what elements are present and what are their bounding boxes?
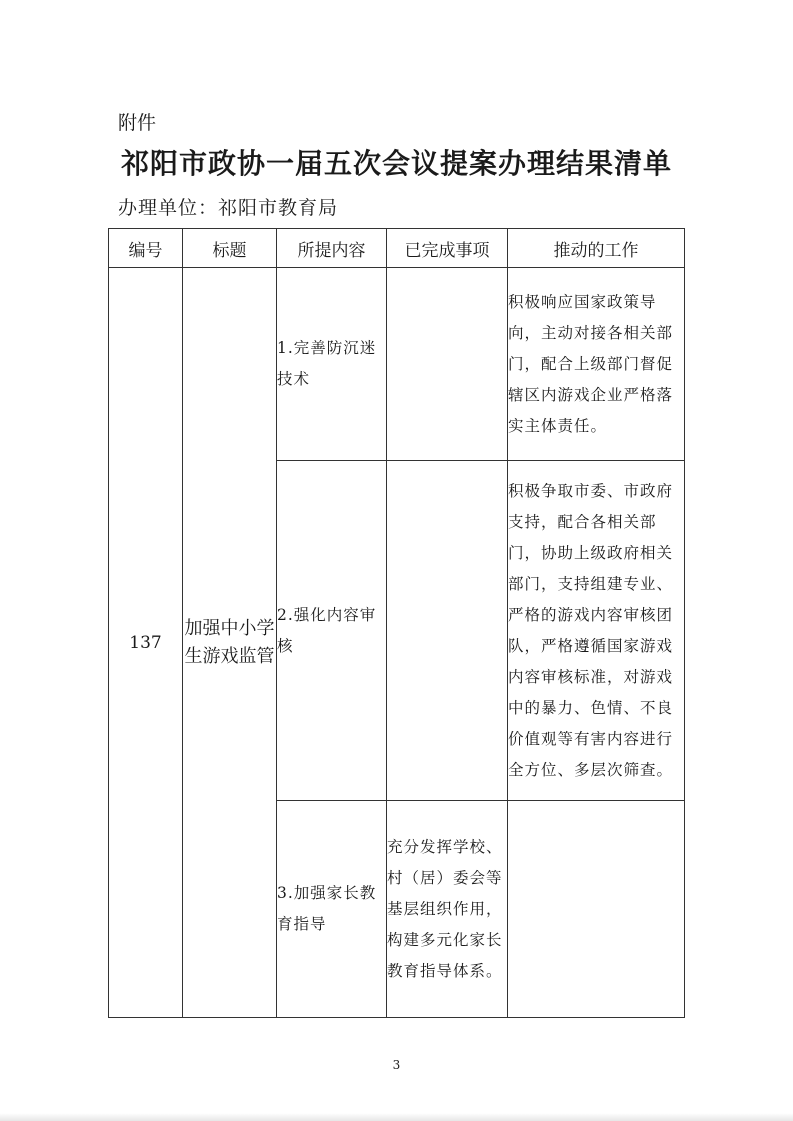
table-header-row: 编号 标题 所提内容 已完成事项 推动的工作 <box>109 229 685 268</box>
results-table: 编号 标题 所提内容 已完成事项 推动的工作 137 加强中小学生游戏监管 1.… <box>108 228 685 1018</box>
page-number: 3 <box>0 1058 793 1072</box>
record-number: 137 <box>109 268 183 1018</box>
attachment-label: 附件 <box>118 108 156 135</box>
header-content: 所提内容 <box>277 229 387 268</box>
header-promoted: 推动的工作 <box>508 229 685 268</box>
content-cell: 2.强化内容审核 <box>277 461 387 801</box>
completed-cell <box>387 268 508 461</box>
document-title: 祁阳市政协一届五次会议提案办理结果清单 <box>0 142 793 182</box>
promoted-cell <box>508 801 685 1018</box>
content-cell: 1.完善防沉迷技术 <box>277 268 387 461</box>
header-title: 标题 <box>183 229 277 268</box>
page-bottom-edge <box>0 1113 793 1121</box>
header-completed: 已完成事项 <box>387 229 508 268</box>
content-cell: 3.加强家长教育指导 <box>277 801 387 1018</box>
handling-unit: 办理单位：祁阳市教育局 <box>118 193 338 220</box>
promoted-cell: 积极争取市委、市政府支持，配合各相关部门，协助上级政府相关部门，支持组建专业、严… <box>508 461 685 801</box>
record-title: 加强中小学生游戏监管 <box>183 268 277 1018</box>
table-row: 137 加强中小学生游戏监管 1.完善防沉迷技术 积极响应国家政策导向，主动对接… <box>109 268 685 461</box>
completed-cell <box>387 461 508 801</box>
promoted-cell: 积极响应国家政策导向，主动对接各相关部门，配合上级部门督促辖区内游戏企业严格落实… <box>508 268 685 461</box>
header-number: 编号 <box>109 229 183 268</box>
completed-cell: 充分发挥学校、村（居）委会等基层组织作用，构建多元化家长教育指导体系。 <box>387 801 508 1018</box>
